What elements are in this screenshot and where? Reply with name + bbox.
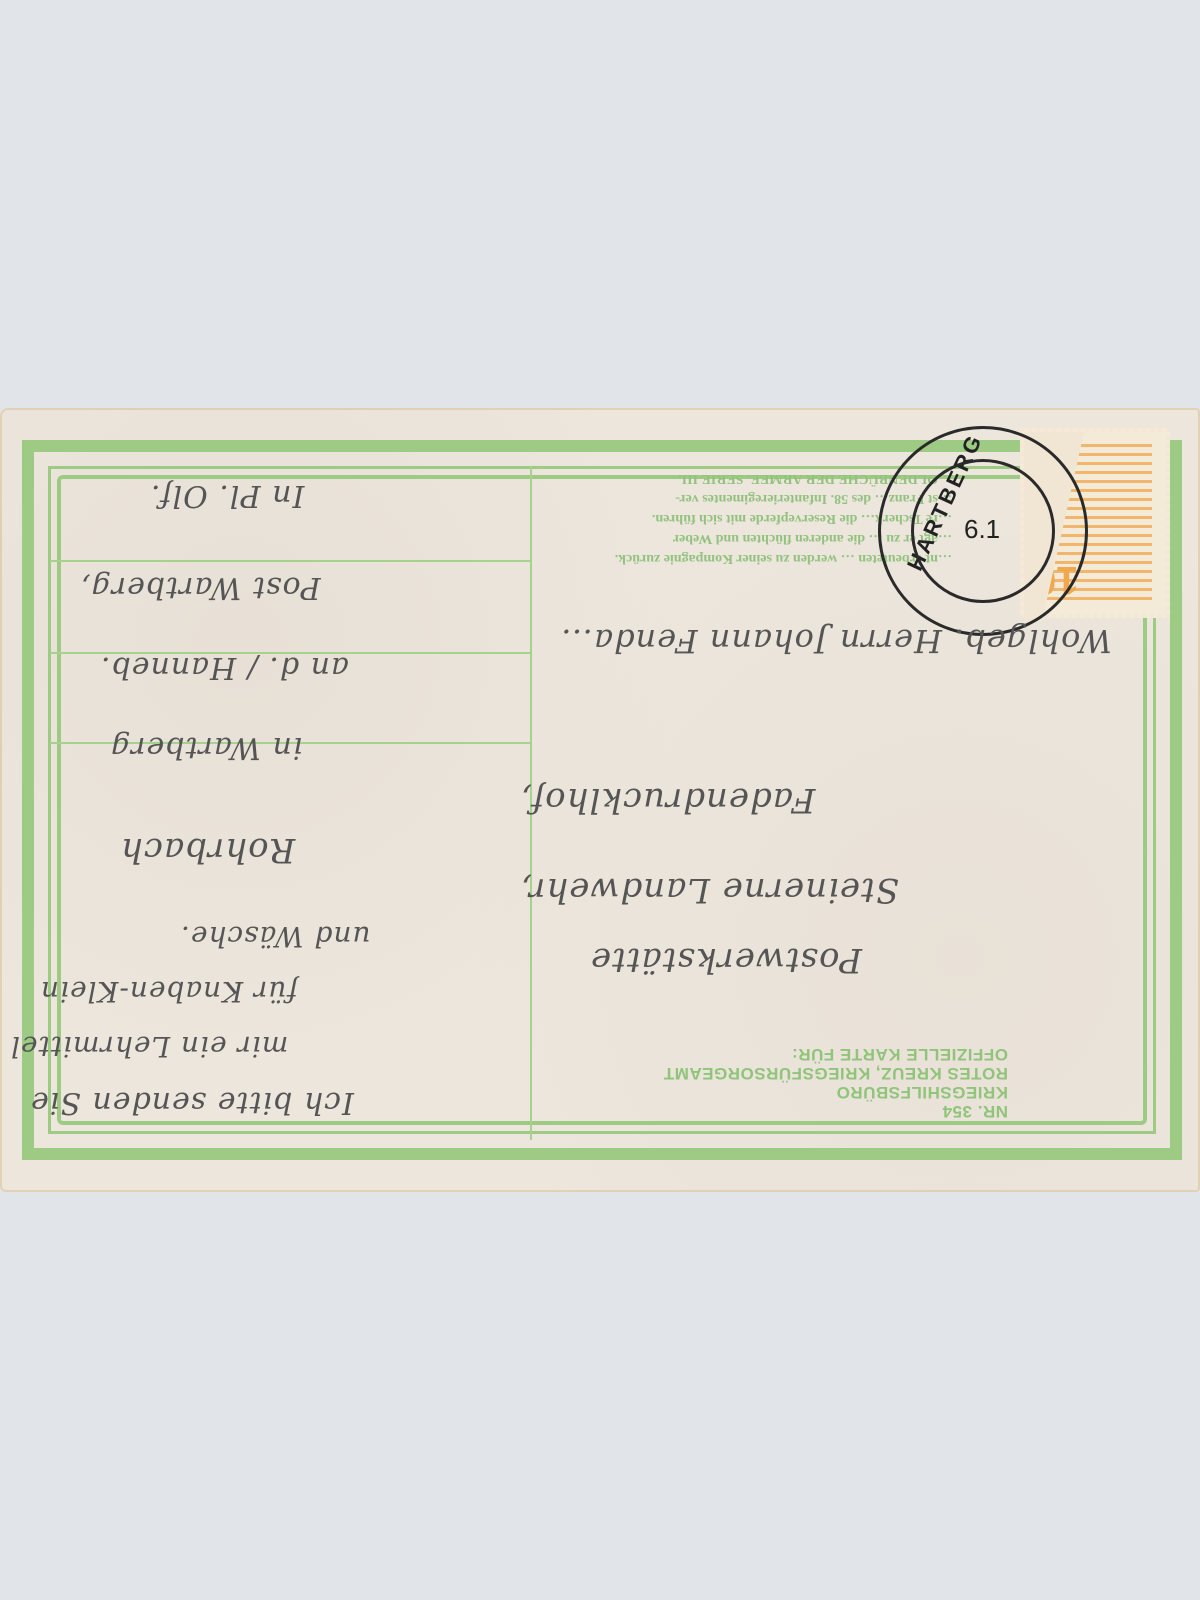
header-line: OFFIZIELLE KARTE FÜR: (578, 1045, 1008, 1064)
header-line: ROTES KREUZ, KRIEGSFÜRSORGEAMT (578, 1064, 1008, 1083)
sender-line: an d. / Hanneb. (100, 650, 349, 685)
message-line: für Knaben-Klein (40, 975, 298, 1008)
sender-rule-line (50, 560, 530, 562)
message-line: mir ein Lehrmittel (10, 1030, 288, 1063)
postmark-date: 6.1 (964, 514, 1000, 545)
address-line: Postwerkstätte (590, 940, 862, 980)
printed-header: NR. 354 KRIEGSHILFSBÜRO ROTES KREUZ, KRI… (578, 1045, 1008, 1121)
header-line: NR. 354 (578, 1102, 1008, 1121)
address-line: Steinerne Landwehr, (520, 870, 899, 910)
message-line: und Wäsche. (180, 920, 370, 953)
sender-line: in Wartberg (110, 730, 302, 765)
message-line: Ich bitte senden Sie (30, 1085, 354, 1120)
sender-line: Post Wartberg, (80, 570, 321, 605)
address-line: Wohlgeb. Herrn Johann Fenda… (560, 622, 1112, 660)
sender-line: In Pl. Olf. (150, 478, 304, 513)
address-line: Fadendrucklhof, (520, 780, 815, 820)
postmark-inner-ring: 6.1 (911, 459, 1055, 603)
header-line: KRIEGSHILFSBÜRO (578, 1083, 1008, 1102)
postmark-icon: HARTBERG 6.1 (878, 426, 1088, 636)
sender-line: Rohrbach (120, 830, 295, 870)
